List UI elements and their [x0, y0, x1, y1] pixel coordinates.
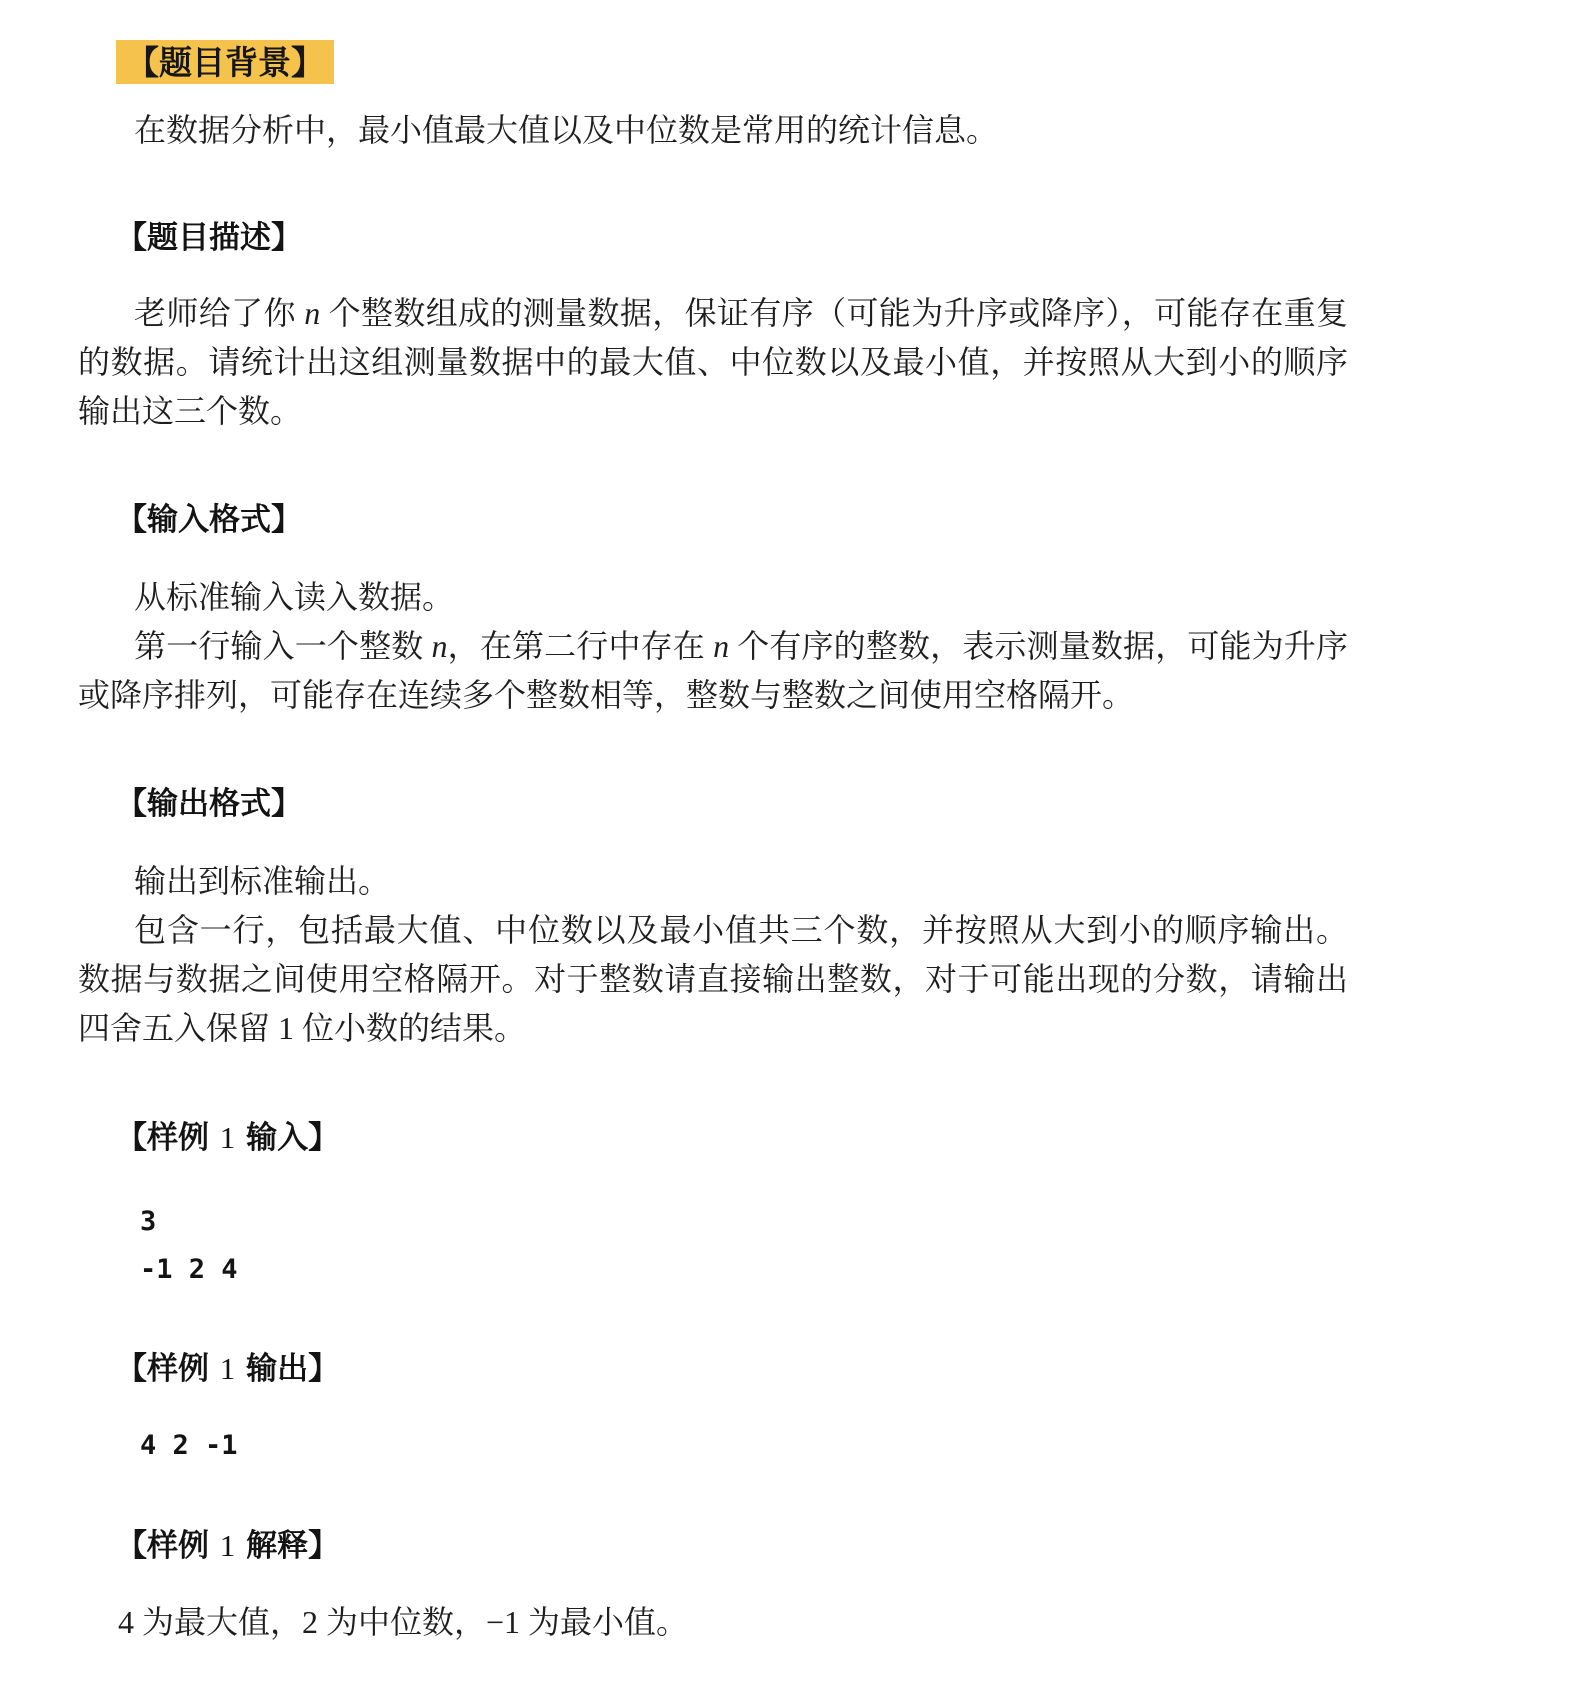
- math-var-n: n: [432, 628, 448, 664]
- paragraph-input-format-line1: 从标准输入读入数据。: [78, 573, 1348, 622]
- math-var-n: n: [304, 295, 320, 331]
- paragraph-problem-description: 老师给了你 n 个整数组成的测量数据，保证有序（可能为升序或降序），可能存在重复…: [78, 289, 1348, 436]
- heading-problem-description: 【题目描述】: [116, 217, 1348, 259]
- text-run: 输入】: [235, 1120, 339, 1156]
- text-run: ，在第二行中存在: [448, 628, 714, 664]
- text-run: 输出】: [235, 1351, 339, 1387]
- paragraph-problem-background: 在数据分析中，最小值最大值以及中位数是常用的统计信息。: [78, 106, 1348, 155]
- heading-output-format: 【输出格式】: [116, 783, 1348, 825]
- heading-sample1-input: 【样例 1 输入】: [116, 1117, 1348, 1159]
- text-run: 【样例: [116, 1351, 220, 1387]
- text-run: 老师给了你: [134, 295, 304, 331]
- text-run: 【样例: [116, 1528, 220, 1564]
- paragraph-output-format-body: 包含一行，包括最大值、中位数以及最小值共三个数，并按照从大到小的顺序输出。数据与…: [78, 906, 1348, 1053]
- heading-sample1-explanation: 【样例 1 解释】: [116, 1525, 1348, 1567]
- sample-number: 1: [220, 1120, 236, 1155]
- sample-number: 1: [220, 1351, 236, 1386]
- paragraph-sample1-explanation: 4 为最大值，2 为中位数，−1 为最小值。: [78, 1598, 1348, 1647]
- text-run: 解释】: [235, 1528, 339, 1564]
- code-line: 4 2 -1: [140, 1422, 1348, 1470]
- math-var-n: n: [713, 628, 729, 664]
- heading-sample1-output: 【样例 1 输出】: [116, 1348, 1348, 1390]
- highlighted-heading-problem-background: 【题目背景】: [116, 40, 334, 84]
- paragraph-output-format-line1: 输出到标准输出。: [78, 857, 1348, 906]
- sample-number: 1: [220, 1528, 236, 1563]
- document-page: 【题目背景】 在数据分析中，最小值最大值以及中位数是常用的统计信息。 【题目描述…: [0, 0, 1576, 1682]
- text-run: 【样例: [116, 1120, 220, 1156]
- sample1-input-code-block: 3 -1 2 4: [140, 1198, 1348, 1294]
- code-line: -1 2 4: [140, 1246, 1348, 1294]
- heading-input-format: 【输入格式】: [116, 499, 1348, 541]
- sample1-output-code-block: 4 2 -1: [140, 1422, 1348, 1470]
- paragraph-input-format-line2: 第一行输入一个整数 n，在第二行中存在 n 个有序的整数，表示测量数据，可能为升…: [78, 622, 1348, 720]
- heading-line-problem-background: 【题目背景】: [78, 40, 1348, 84]
- code-line: 3: [140, 1198, 1348, 1246]
- text-run: 第一行输入一个整数: [134, 628, 432, 664]
